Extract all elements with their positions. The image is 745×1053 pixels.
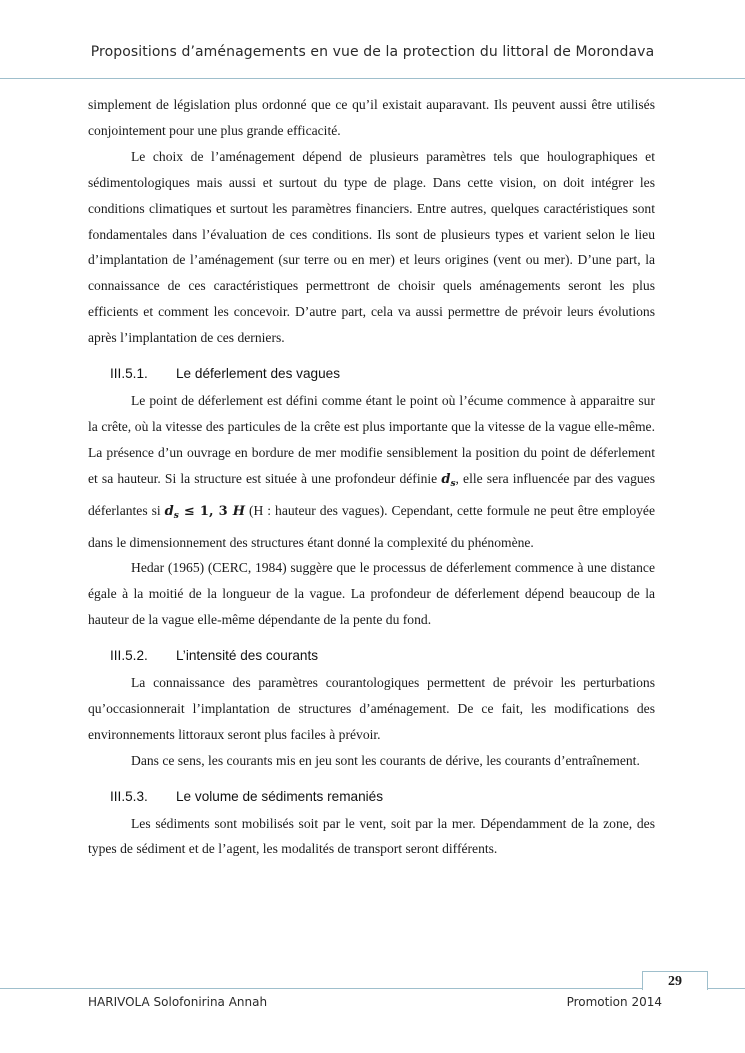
document-title: Propositions d’aménagements en vue de la… [0,44,745,60]
paragraph: Dans ce sens, les courants mis en jeu so… [88,748,655,774]
formula-H: H [233,504,245,519]
page-header: Propositions d’aménagements en vue de la… [0,0,745,78]
section-heading-3-5-1: III.5.1. Le déferlement des vagues [88,361,655,387]
footer-divider [0,988,642,989]
paragraph: Hedar (1965) (CERC, 1984) suggère que le… [88,555,655,633]
formula-ds: ds [165,504,179,519]
paragraph: Les sédiments sont mobilisés soit par le… [88,811,655,863]
footer-author: HARIVOLA Solofonirina Annah [88,995,267,1009]
paragraph: simplement de législation plus ordonné q… [88,92,655,144]
page-number: 29 [642,971,708,990]
formula-value: 1, 3 [200,504,233,519]
section-heading-3-5-2: III.5.2. L’intensité des courants [88,643,655,669]
section-heading-3-5-3: III.5.3. Le volume de sédiments remaniés [88,784,655,810]
paragraph-with-formula: Le point de déferlement est défini comme… [88,388,655,555]
formula-leq: ≤ [179,504,200,519]
section-number: III.5.1. [110,361,176,387]
formula-ds: ds [441,472,455,487]
section-title: L’intensité des courants [176,643,318,669]
paragraph: La connaissance des paramètres courantol… [88,670,655,748]
paragraph: Le choix de l’aménagement dépend de plus… [88,144,655,351]
section-title: Le volume de sédiments remaniés [176,784,383,810]
page-body: simplement de législation plus ordonné q… [88,92,655,862]
header-divider [0,78,745,79]
footer-promotion: Promotion 2014 [567,995,662,1009]
section-number: III.5.3. [110,784,176,810]
section-title: Le déferlement des vagues [176,361,340,387]
footer-divider [706,988,745,989]
section-number: III.5.2. [110,643,176,669]
